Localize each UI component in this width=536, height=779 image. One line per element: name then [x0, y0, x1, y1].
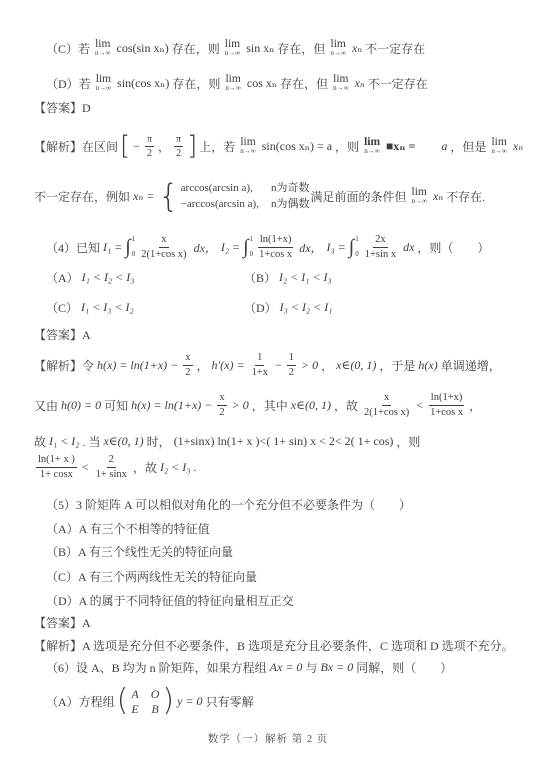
text: 上，若: [199, 138, 235, 155]
fraction: 12: [287, 351, 296, 379]
cases-rows: arccos(arcsin a), n为奇数 −arccos(arcsin a)…: [181, 182, 310, 210]
option-5a-line: （A）A 有三个不相等的特征值: [45, 520, 211, 536]
lim-subscript: n→∞: [225, 50, 241, 57]
integral-symbol: ∫10: [349, 236, 359, 258]
text: ，则: [396, 433, 420, 450]
math: y = 0: [177, 694, 202, 709]
option-c-math: I₁ < I₃ < I₂: [81, 300, 134, 315]
option-text: （A）A 有三个不相等的特征值: [46, 520, 210, 537]
denominator: 1+ sinx: [94, 468, 129, 482]
text: ，: [321, 357, 333, 374]
math: sin xₙ: [246, 41, 274, 56]
lim-subscript: n→∞: [95, 50, 111, 57]
limit-symbol: limn→∞: [411, 187, 427, 206]
question-6-line: （6）设 A、B 均为 n 阶矩阵，如果方程组 Ax = 0 与 Bx = 0 …: [45, 659, 453, 675]
upper-bound: 1: [355, 236, 359, 243]
lower-bound: 0: [132, 251, 136, 258]
math: sin(cos xₙ): [117, 76, 169, 91]
text: .: [193, 460, 196, 475]
text: 与: [305, 659, 317, 676]
minus-sign: −: [275, 358, 282, 373]
numerator: ln(1+x): [258, 233, 294, 248]
math: xₙ: [352, 41, 362, 56]
text: ，故: [133, 459, 157, 476]
denominator: 2: [145, 147, 154, 160]
answer-text: 【答案】A: [34, 326, 91, 343]
denominator: 1+cos x: [257, 248, 294, 262]
text: 时，: [147, 433, 171, 450]
page-footer: 数学（一）解析 第 2 页: [0, 731, 536, 746]
option-b-math: I₂ < I₁ < I₃: [279, 270, 332, 285]
cases-expression: { arccos(arcsin a), n为奇数 −arccos(arcsin …: [156, 182, 309, 210]
math: xₙ: [513, 139, 523, 154]
footer-text: 数学（一）解析 第 2 页: [208, 731, 329, 746]
integral-symbol: ∫10: [243, 236, 253, 258]
option-c-label: （C）: [46, 299, 78, 316]
numerator: π: [145, 133, 154, 147]
exam-solution-page: （C）若 limn→∞ cos(sin xₙ) 存在，则 limn→∞ sin …: [0, 0, 536, 779]
upper-bound: 1: [132, 236, 136, 243]
text: 满足前面的条件但: [310, 188, 406, 205]
text: ，其中: [252, 397, 288, 414]
limit-symbol: limn→∞: [225, 74, 241, 93]
fraction: π2: [174, 133, 183, 160]
numerator: ln(1+ x ): [36, 453, 77, 468]
matrix-cell: A: [131, 688, 138, 700]
limit-symbol: limn→∞: [491, 137, 507, 156]
lim-subscript: n→∞: [330, 50, 346, 57]
matrix-expression: ( A O E B ): [116, 688, 175, 715]
text: 存在，则: [172, 40, 220, 57]
text: . 当: [82, 433, 100, 450]
text: ，故: [334, 397, 358, 414]
denominator: 2(1+cos x): [139, 248, 188, 262]
math: dx: [403, 240, 414, 255]
integral-symbol: ∫10: [125, 236, 135, 258]
math: x∈(0, 1): [336, 358, 376, 373]
math: h′(x) =: [212, 358, 245, 373]
fraction: ln(1+x)1+cos x: [257, 233, 294, 261]
solution-text: 【解析】A 选项是充分但不必要条件，B 选项是充分且必要条件，C 选项和 D 选…: [34, 637, 514, 654]
options-4-row-2: （C） I₁ < I₃ < I₂ （D） I₃ < I₂ < I₁: [45, 298, 136, 316]
text: 不一定存在: [365, 40, 425, 57]
math: > 0: [232, 398, 249, 413]
integral-bounds: 10: [132, 236, 136, 258]
numerator: x: [159, 233, 168, 248]
math: x∈(0, 1): [291, 398, 331, 413]
math: x∈(0, 1): [103, 434, 143, 449]
fraction: x2: [183, 351, 192, 379]
option-6a-line: （A）方程组 ( A O E B ) y = 0 只有零解: [45, 680, 255, 722]
option-c-line: （C）若 limn→∞ cos(sin xₙ) 存在，则 limn→∞ sin …: [45, 37, 426, 59]
math: cos(sin xₙ): [117, 41, 169, 56]
numerator: π: [174, 133, 183, 147]
math: cos xₙ: [247, 76, 277, 91]
math: Bx = 0: [320, 660, 353, 675]
garbled-math: ■xₙ =: [386, 139, 415, 154]
math: I₁ < I₂: [49, 434, 79, 449]
text: 不存在.: [446, 188, 485, 205]
matrix-cell: B: [151, 703, 160, 715]
fraction: 11+x: [250, 351, 270, 379]
option-b: （B） I₂ < I₁ < I₃: [243, 269, 334, 286]
text: 存在，但: [280, 75, 328, 92]
math: > 0: [301, 358, 318, 373]
text: ，: [197, 357, 209, 374]
option-5c-line: （C）A 有三个两两线性无关的特征向量: [45, 568, 258, 584]
math: I₃ =: [327, 240, 346, 255]
lower-bound: 0: [250, 251, 254, 258]
numerator: x: [183, 351, 192, 366]
less-than-sign: <: [82, 460, 89, 475]
solution-1-line-1: 【解析】在区间 [ − π2 ， π2 ] 上，若 limn→∞ sin(cos…: [33, 127, 525, 165]
solution-1-line-2: 不一定存在，例如 xₙ = { arccos(arcsin a), n为奇数 −…: [33, 174, 486, 218]
answer-text: 【答案】A: [34, 614, 91, 631]
math: a: [441, 139, 447, 154]
text: 故: [34, 433, 46, 450]
text: 又由: [34, 397, 58, 414]
limit-symbol-garbled: limn→∞: [364, 137, 380, 156]
math: I₂ < I₃: [160, 460, 190, 475]
fraction: x2(1+cos x): [362, 391, 411, 419]
option-d-line: （D）若 limn→∞ sin(cos xₙ) 存在，则 limn→∞ cos …: [45, 72, 429, 94]
integral-sign: ∫: [243, 237, 248, 257]
lim-subscript: n→∞: [333, 85, 349, 92]
option-text: （D）A 的属于不同特征值的特征向量相互正交: [46, 592, 294, 609]
fraction: x2(1+cos x): [139, 233, 188, 261]
text: 存在，则: [172, 75, 220, 92]
text: （D）若: [46, 75, 91, 92]
limit-symbol: limn→∞: [95, 39, 111, 58]
math: xₙ =: [133, 189, 154, 204]
text: ，则（ ）: [417, 239, 489, 256]
case-1-expr: arccos(arcsin a),: [181, 182, 259, 195]
upper-bound: 1: [250, 236, 254, 243]
matrix-cell: E: [131, 703, 138, 715]
fraction: π2: [145, 133, 154, 160]
numerator: x: [217, 391, 226, 406]
limit-symbol: limn→∞: [240, 137, 256, 156]
math: xₙ: [355, 76, 365, 91]
answer-1-line: 【答案】D: [33, 99, 92, 115]
minus-sign: −: [133, 139, 140, 154]
text: ，: [469, 397, 481, 414]
limit-symbol: limn→∞: [333, 74, 349, 93]
text: （4）已知: [46, 239, 100, 256]
text: 不一定存在: [368, 75, 428, 92]
option-5b-line: （B）A 有三个线性无关的特征向量: [45, 543, 234, 559]
denominator: 1+cos x: [428, 406, 465, 420]
text: 可知: [104, 397, 128, 414]
math: dx，: [299, 239, 322, 256]
solution-5-line: 【解析】A 选项是充分但不必要条件，B 选项是充分且必要条件，C 选项和 D 选…: [33, 637, 515, 653]
option-a-label: （A）: [46, 269, 79, 286]
math: I₂ =: [221, 240, 240, 255]
question-4-line: （4）已知 I₁ = ∫10 x2(1+cos x) dx， I₂ = ∫10 …: [45, 231, 490, 263]
fraction: ln(1+ x )1+ cosx: [36, 453, 77, 481]
numerator: 2: [107, 453, 116, 468]
text: 同解，则（ ）: [356, 659, 452, 676]
option-text: （B）A 有三个线性无关的特征向量: [46, 543, 233, 560]
math: I₁ =: [103, 240, 122, 255]
math: h(x) = ln(1+x) −: [131, 398, 212, 413]
text: 只有零解: [206, 693, 254, 710]
numerator: x: [382, 391, 391, 406]
text: ，但是: [450, 138, 486, 155]
limit-symbol: limn→∞: [225, 39, 241, 58]
integral-sign: ∫: [349, 237, 354, 257]
option-a-math: I₁ < I₂ < I₃: [82, 270, 135, 285]
text: （6）设 A、B 均为 n 阶矩阵，如果方程组: [46, 659, 267, 676]
text: ，于是: [379, 357, 415, 374]
text: 【解析】在区间: [34, 138, 118, 155]
text: 存在，但: [277, 40, 325, 57]
question-text: （5）3 阶矩阵 A 可以相似对角化的一个充分但不必要条件为（ ）: [46, 496, 411, 513]
limit-symbol: limn→∞: [330, 39, 346, 58]
fraction: ln(1+x)1+cos x: [428, 391, 465, 419]
solution-4-line-3: 故 I₁ < I₂ . 当 x∈(0, 1) 时， (1+sinx) ln(1+…: [33, 432, 421, 450]
answer-5-line: 【答案】A: [33, 614, 92, 630]
fraction: 2x1+sin x: [363, 233, 398, 261]
solution-4-line-4: ln(1+ x )1+ cosx < 21+ sinx ，故 I₂ < I₃ .: [33, 452, 197, 482]
denominator: 1+ cosx: [38, 468, 75, 482]
options-4-row-1: （A） I₁ < I₂ < I₃ （B） I₂ < I₁ < I₃: [45, 268, 136, 286]
fraction: 21+ sinx: [94, 453, 129, 481]
comma: ，: [158, 138, 170, 155]
numerator: 2x: [373, 233, 388, 248]
option-d: （D） I₃ < I₂ < I₁: [243, 299, 334, 316]
numerator: ln(1+x): [429, 391, 465, 406]
lower-bound: 0: [355, 251, 359, 258]
less-than-sign: <: [416, 398, 423, 413]
denominator: 1+x: [250, 366, 270, 380]
lim-subscript: n→∞: [225, 85, 241, 92]
numerator: 1: [287, 351, 296, 366]
denominator: 2: [217, 406, 226, 420]
lim-subscript: n→∞: [491, 148, 507, 155]
answer-4-line: 【答案】A: [33, 326, 92, 342]
lim-subscript: n→∞: [411, 198, 427, 205]
case-2-expr: −arccos(arcsin a),: [181, 198, 259, 211]
text: （C）若: [46, 40, 90, 57]
text: ，则: [335, 138, 359, 155]
option-d-label: （D）: [244, 299, 277, 316]
text: 不一定存在，例如: [34, 188, 130, 205]
denominator: 2: [287, 366, 296, 380]
text: （A）方程组: [46, 693, 115, 710]
option-text: （C）A 有三个两两线性无关的特征向量: [46, 568, 257, 585]
text: 【解析】令: [34, 357, 94, 374]
solution-4-line-1: 【解析】令 h(x) = ln(1+x) − x2 ， h′(x) = 11+x…: [33, 348, 502, 382]
case-1-cond: n为奇数: [271, 182, 310, 195]
lim-subscript: n→∞: [364, 148, 380, 155]
numerator: 1: [255, 351, 264, 366]
solution-4-line-2: 又由 h(0) = 0 可知 h(x) = ln(1+x) − x2 > 0 ，…: [33, 388, 482, 422]
option-b-label: （B）: [244, 269, 276, 286]
math: sin(cos xₙ) = a: [262, 139, 332, 154]
answer-text: 【答案】D: [34, 99, 91, 116]
denominator: 2: [174, 147, 183, 160]
question-5-line: （5）3 阶矩阵 A 可以相似对角化的一个充分但不必要条件为（ ）: [45, 496, 412, 512]
math: dx，: [194, 239, 217, 256]
option-5d-line: （D）A 的属于不同特征值的特征向量相互正交: [45, 592, 295, 608]
denominator: 2(1+cos x): [362, 406, 411, 420]
matrix-cell: O: [151, 688, 160, 700]
limit-symbol: limn→∞: [96, 74, 112, 93]
text: 单调递增，: [441, 357, 501, 374]
math: h(0) = 0: [61, 398, 101, 413]
lim-subscript: n→∞: [240, 148, 256, 155]
integral-bounds: 10: [355, 236, 359, 258]
garbled-math: (1+sinx) ln(1+ x )<( 1+ sin) x < 2< 2( 1…: [174, 434, 394, 449]
math: xₙ: [433, 189, 443, 204]
lim-subscript: n→∞: [96, 85, 112, 92]
denominator: 2: [183, 366, 192, 380]
case-2-cond: n为偶数: [271, 198, 310, 211]
matrix-cells: A O E B: [129, 688, 161, 715]
math: Ax = 0: [270, 660, 303, 675]
integral-bounds: 10: [250, 236, 254, 258]
fraction: x2: [217, 391, 226, 419]
math: h(x): [418, 358, 437, 373]
math: h(x) = ln(1+x) −: [97, 358, 178, 373]
denominator: 1+sin x: [363, 248, 398, 262]
integral-sign: ∫: [125, 237, 130, 257]
option-d-math: I₃ < I₂ < I₁: [280, 300, 333, 315]
